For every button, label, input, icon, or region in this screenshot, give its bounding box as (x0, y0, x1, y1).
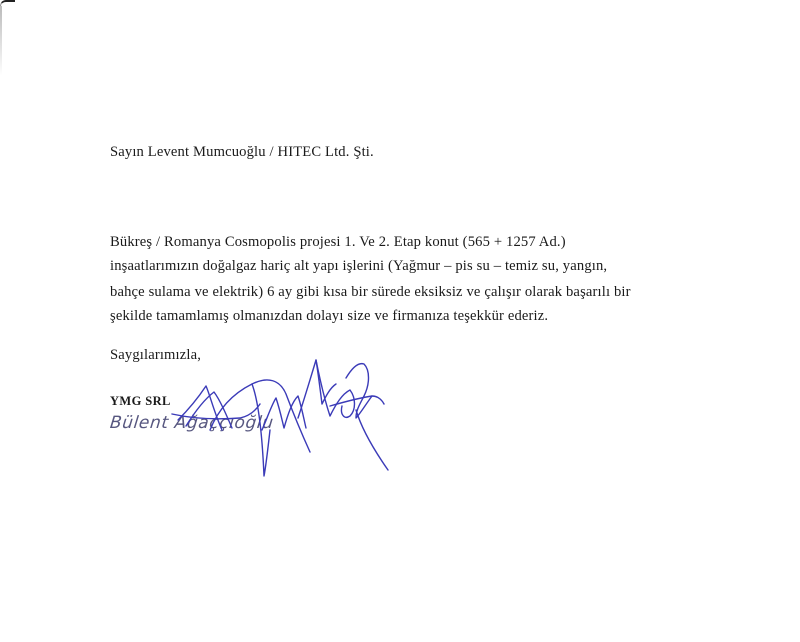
addressee-line: Sayın Levent Mumcuoğlu / HITEC Ltd. Şti. (110, 143, 374, 161)
scanned-letter-page: Sayın Levent Mumcuoğlu / HITEC Ltd. Şti.… (0, 0, 800, 642)
handwritten-signer-name: Bülent Ağaççıoğlu (109, 413, 275, 433)
body-line-4: şekilde tamamlamış olmanızdan dolayı siz… (110, 307, 548, 325)
scan-corner-mark (0, 0, 15, 6)
company-name: YMG SRL (110, 392, 171, 410)
body-line-1: Bükreş / Romanya Cosmopolis projesi 1. V… (110, 233, 566, 251)
body-line-2: inşaatlarımızın doğalgaz hariç alt yapı … (110, 257, 607, 275)
body-line-3: bahçe sulama ve elektrik) 6 ay gibi kısa… (110, 283, 631, 301)
scan-edge-shadow (0, 6, 2, 76)
closing-salutation: Saygılarımızla, (110, 346, 201, 364)
